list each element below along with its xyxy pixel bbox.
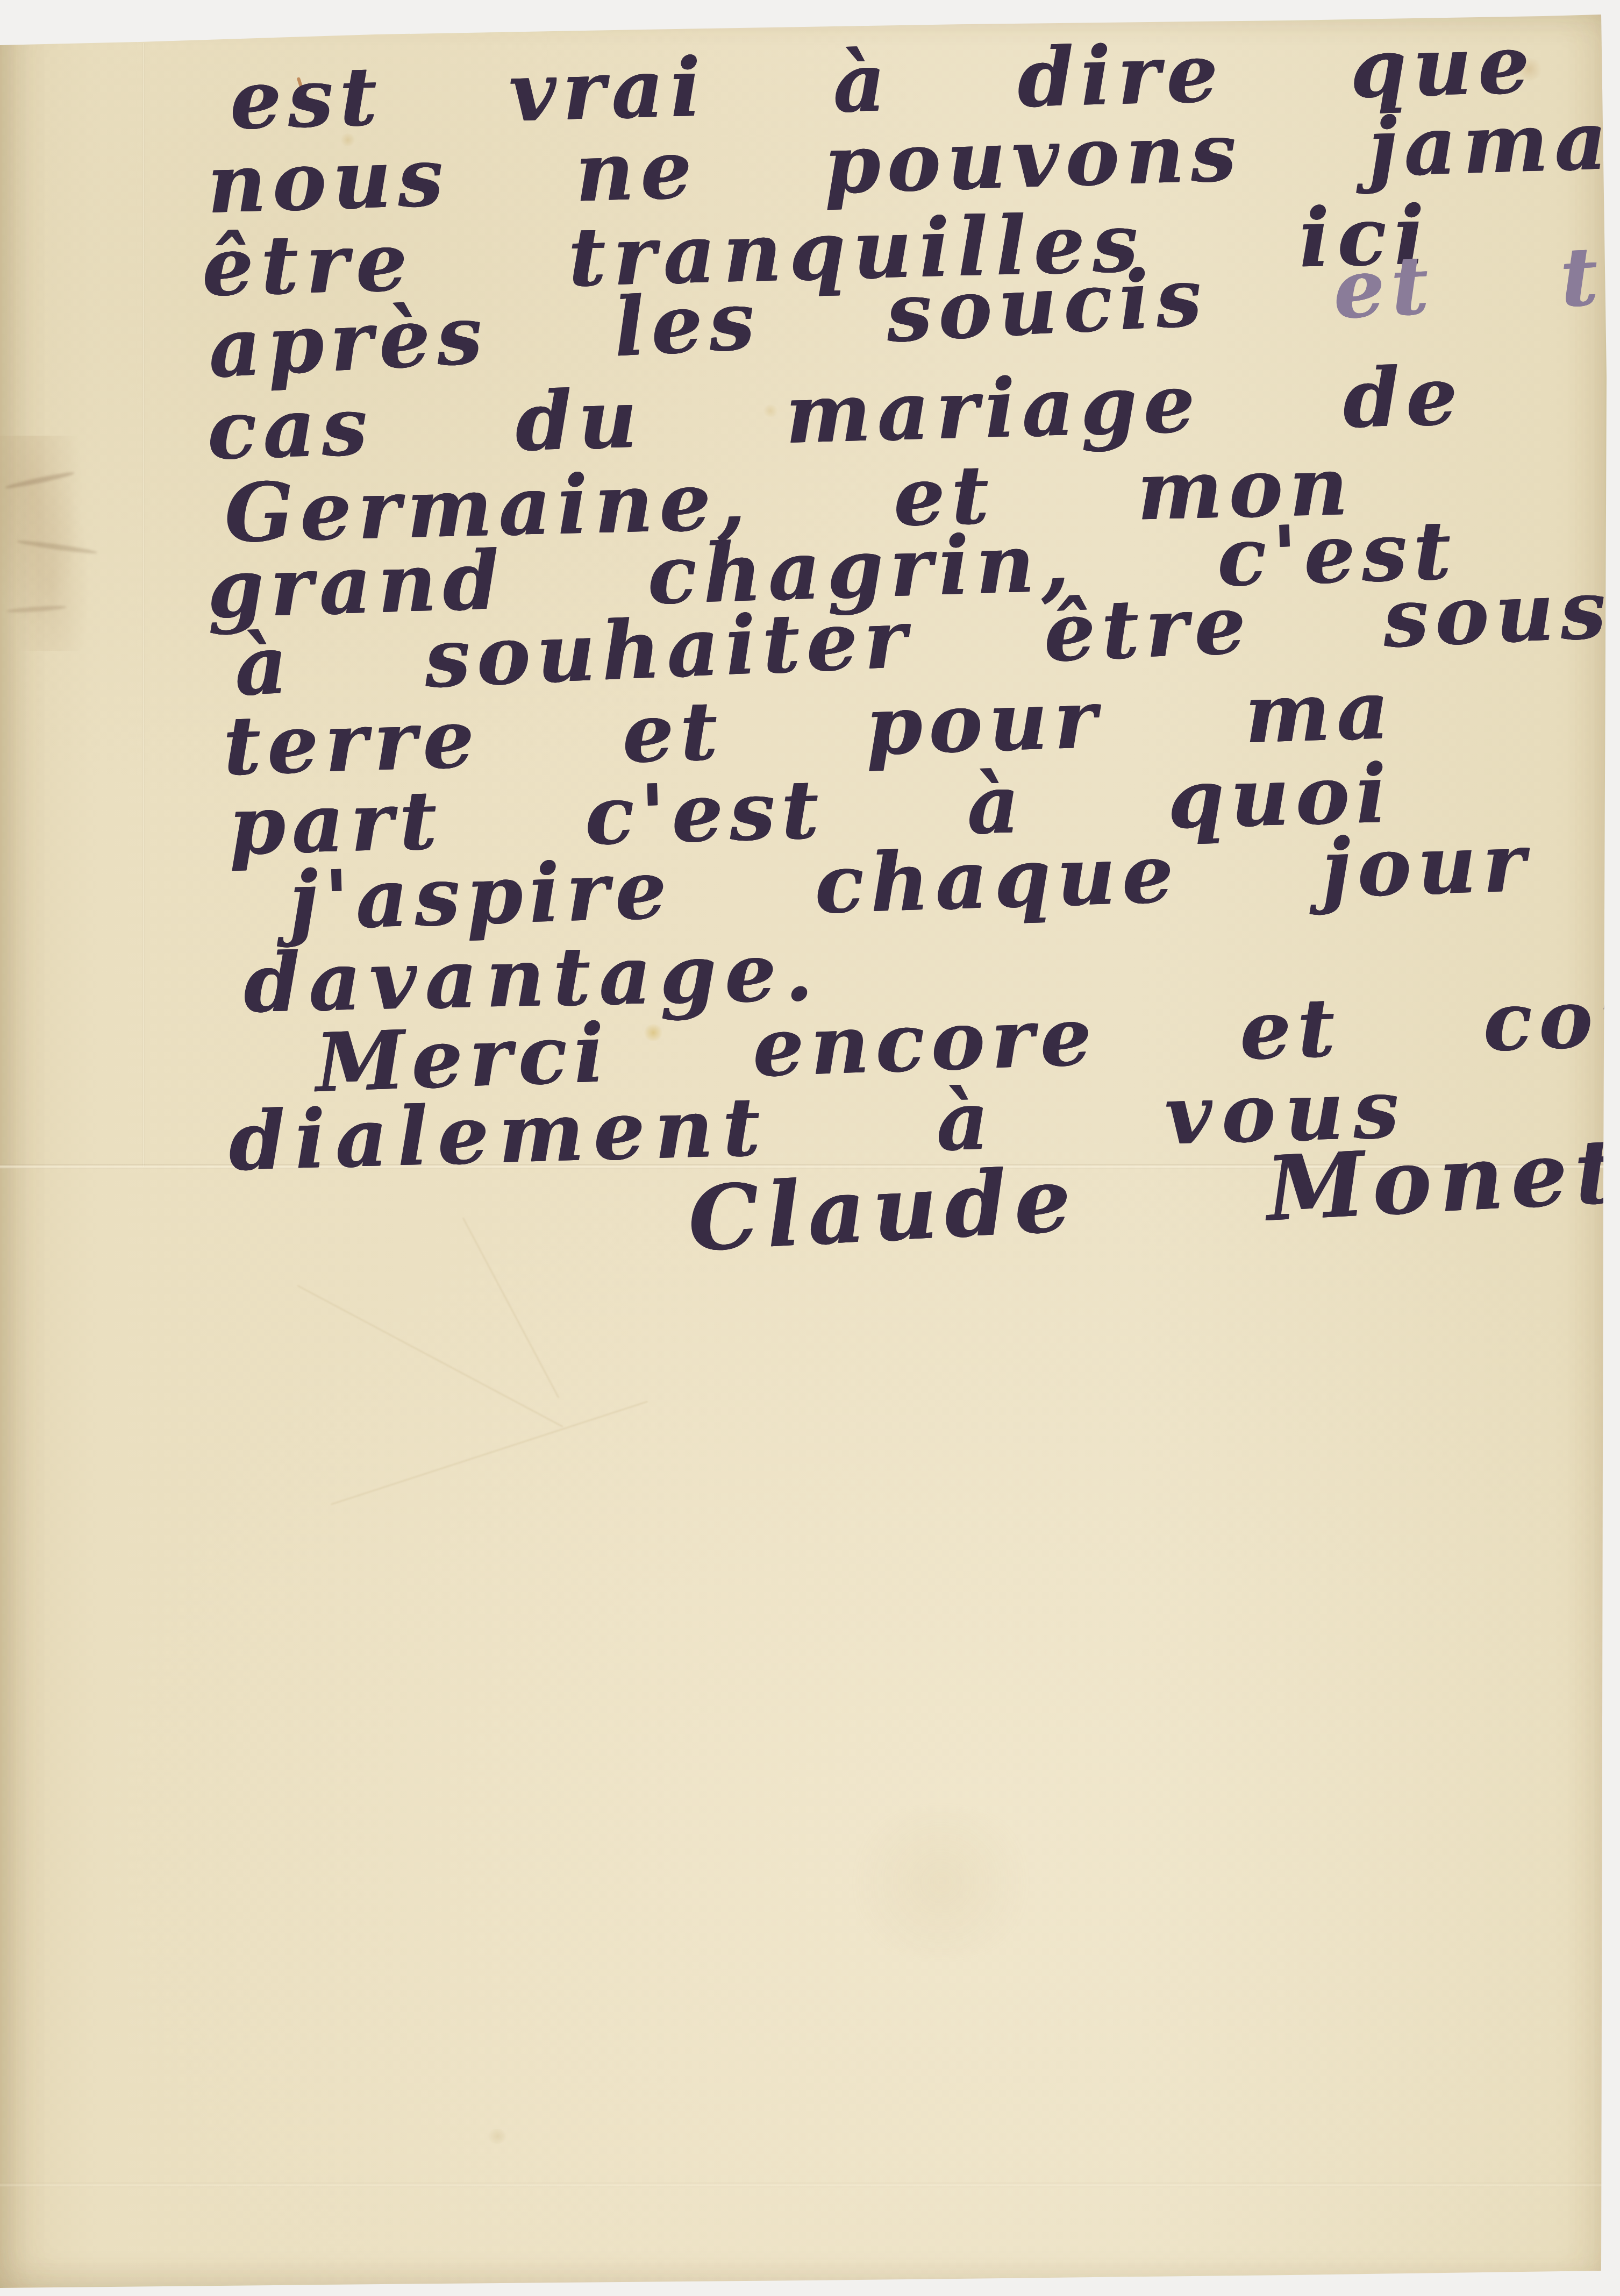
scanned-letter-page: est vrai à dire quenous ne pouvons jamai… — [0, 0, 1620, 2296]
handwriting-layer: est vrai à dire quenous ne pouvons jamai… — [0, 0, 1620, 2296]
letter-paper: est vrai à dire quenous ne pouvons jamai… — [0, 0, 1620, 2296]
